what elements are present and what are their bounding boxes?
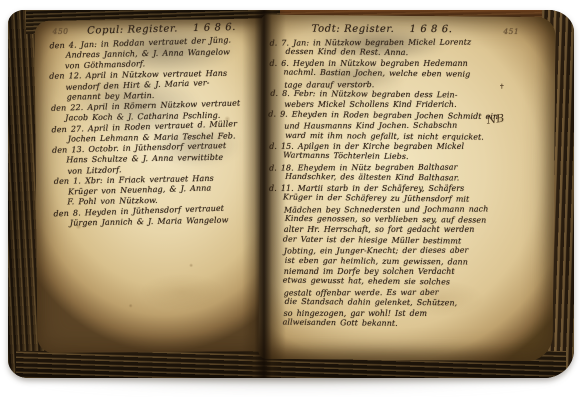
manuscript-line: die Standsach dahin gelenket, Schützen, (285, 297, 526, 310)
left-page-lines: den 4. Jan: in Roddan vertrauet der Jüng… (49, 35, 260, 229)
right-page-header: Todt: Register. 1 6 8 6. (312, 24, 526, 36)
manuscript-line: allweisanden Gott bekannt. (283, 318, 524, 331)
manuscript-line: Handschker, des ältesten Kind Balthasar. (285, 172, 526, 185)
left-page: 450 Copul: Register. 1 6 8 6. den 4. Jan… (35, 19, 272, 353)
left-page-text: Copul: Register. 1 6 8 6. den 4. Jan: in… (49, 21, 260, 229)
open-book: 450 Copul: Register. 1 6 8 6. den 4. Jan… (8, 10, 574, 378)
right-page-text: Todt: Register. 1 6 8 6. d. 7. Jan: in N… (269, 23, 526, 329)
right-page: 451 ✝ NB Todt: Register. 1 6 8 6. d. 7. … (259, 15, 556, 362)
left-page-header: Copul: Register. 1 6 8 6. (87, 21, 255, 36)
right-page-lines: d. 7. Jan: in Nützkow begraben Mickel Lo… (269, 37, 526, 329)
photo-open-church-register: 450 Copul: Register. 1 6 8 6. den 4. Jan… (0, 0, 580, 397)
